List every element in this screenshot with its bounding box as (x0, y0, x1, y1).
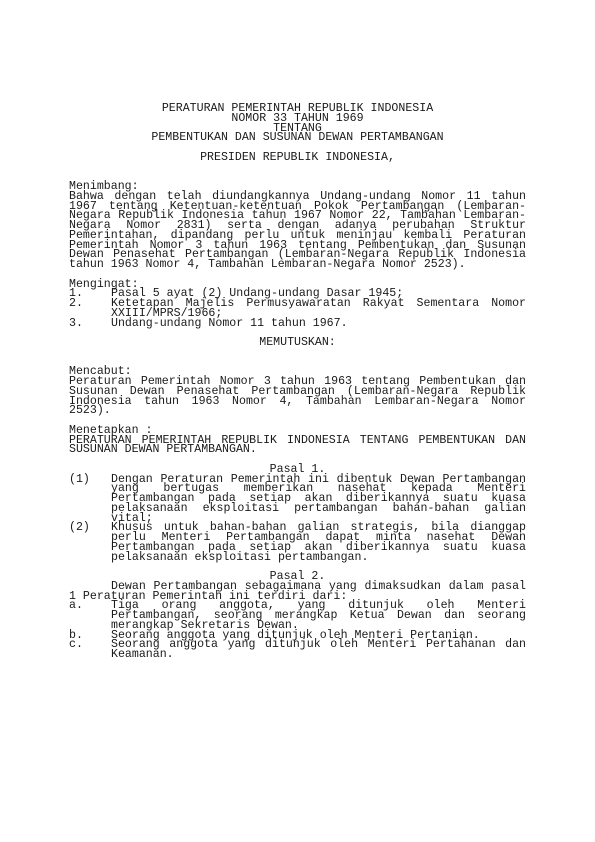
list-item: 3. Undang-undang Nomor 11 tahun 1967. (69, 319, 526, 329)
president-heading: PRESIDEN REPUBLIK INDONESIA, (69, 153, 526, 163)
item-text: Tiga orang anggota, yang ditunjuk oleh M… (111, 601, 526, 630)
item-number: (1) (69, 475, 111, 524)
list-item: a. Tiga orang anggota, yang ditunjuk ole… (69, 601, 526, 630)
item-text: Ketetapan Majelis Permusyawaratan Rakyat… (111, 299, 526, 319)
item-number: c. (69, 640, 111, 660)
item-number: 3. (69, 319, 111, 329)
title-line-4: PEMBENTUKAN DAN SUSUNAN DEWAN PERTAMBANG… (69, 133, 526, 143)
item-text: Undang-undang Nomor 11 tahun 1967. (111, 319, 526, 329)
menetapkan-text: PERATURAN PEMERINTAH REPUBLIK INDONESIA … (69, 436, 526, 456)
mencabut-text: Peraturan Pemerintah Nomor 3 tahun 1963 … (69, 377, 526, 416)
list-item: 2. Ketetapan Majelis Permusyawaratan Rak… (69, 299, 526, 319)
memutuskan-heading: MEMUTUSKAN: (69, 338, 526, 348)
item-text: Khusus untuk bahan-bahan galian strategi… (111, 523, 526, 562)
item-text: Seorang anggota yang ditunjuk oleh Mente… (111, 640, 526, 660)
document-page: PERATURAN PEMERINTAH REPUBLIK INDONESIA … (69, 104, 526, 660)
item-number: a. (69, 601, 111, 630)
list-item: c. Seorang anggota yang ditunjuk oleh Me… (69, 640, 526, 660)
item-number: (2) (69, 523, 111, 562)
menimbang-text: Bahwa dengan telah diundangkannya Undang… (69, 192, 526, 270)
list-item: (2) Khusus untuk bahan-bahan galian stra… (69, 523, 526, 562)
item-number: 2. (69, 299, 111, 319)
item-text: Dengan Peraturan Pemerintah ini dibentuk… (111, 475, 526, 524)
list-item: (1) Dengan Peraturan Pemerintah ini dibe… (69, 475, 526, 524)
